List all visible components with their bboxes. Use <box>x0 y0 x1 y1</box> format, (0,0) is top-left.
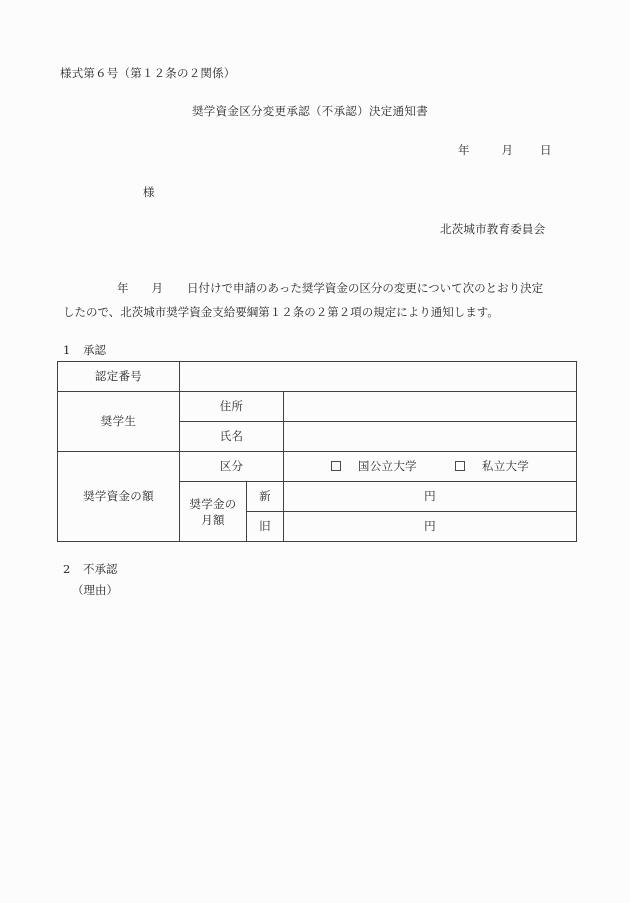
category-option-private: 私立大学 <box>455 459 529 473</box>
body-line-1: 年月日付けで申請のあった奨学資金の区分の変更について次のとおり決定 <box>63 277 571 301</box>
section-2-heading: 2不承認 <box>63 562 118 577</box>
scholar-label: 奨学生 <box>58 392 180 452</box>
monthly-amount-label-line1: 奨学金の <box>189 497 236 511</box>
amount-label: 奨学資金の額 <box>58 452 180 542</box>
old-amount-unit: 円 <box>424 519 436 533</box>
section-1-number: 1 <box>63 343 83 358</box>
body-line-2: したので、北茨城市奨学資金支給要綱第１２条の２第２項の規定により通知します。 <box>63 301 571 325</box>
table-row-category: 奨学資金の額 区分 国公立大学 私立大学 <box>58 452 577 482</box>
form-number: 様式第６号（第１２条の２関係） <box>60 66 236 81</box>
table-row-address: 奨学生 住所 <box>58 392 577 422</box>
certification-number-value-cell <box>180 362 577 392</box>
body-month-label: 月 <box>152 281 164 295</box>
certification-number-label: 認定番号 <box>58 362 180 392</box>
address-label: 住所 <box>180 392 284 422</box>
section-2-number: 2 <box>63 562 83 577</box>
date-day-label: 日 <box>540 143 552 157</box>
date-year-label: 年 <box>458 143 470 157</box>
document-title: 奨学資金区分変更承認（不承認）決定通知書 <box>0 104 620 119</box>
monthly-amount-label-line2: 月額 <box>201 513 225 527</box>
monthly-amount-label: 奨学金の 月額 <box>180 482 247 542</box>
checkbox-national-public-university-icon[interactable] <box>331 461 341 471</box>
old-amount-cell: 円 <box>284 512 577 542</box>
date-line: 年月日 <box>458 143 552 158</box>
category-option-label-private: 私立大学 <box>482 459 529 473</box>
category-label: 区分 <box>180 452 284 482</box>
body-year-label: 年 <box>117 281 129 295</box>
section-1-heading: 1承認 <box>63 343 106 358</box>
name-value-cell <box>284 422 577 452</box>
new-amount-cell: 円 <box>284 482 577 512</box>
body-paragraph: 年月日付けで申請のあった奨学資金の区分の変更について次のとおり決定 したので、北… <box>63 277 571 324</box>
section-1-title: 承認 <box>83 343 106 357</box>
document-page: 様式第６号（第１２条の２関係） 奨学資金区分変更承認（不承認）決定通知書 年月日… <box>0 0 630 903</box>
issuer-name: 北茨城市教育委員会 <box>440 222 545 237</box>
table-row-certification-number: 認定番号 <box>58 362 577 392</box>
approval-table: 認定番号 奨学生 住所 氏名 奨学資金の額 区分 国公立大学 私立大学 <box>57 361 577 542</box>
section-2-title: 不承認 <box>83 562 118 576</box>
date-month-label: 月 <box>502 143 514 157</box>
new-amount-unit: 円 <box>424 489 436 503</box>
category-option-label-national-public: 国公立大学 <box>358 459 417 473</box>
old-label: 旧 <box>247 512 284 542</box>
name-label: 氏名 <box>180 422 284 452</box>
new-label: 新 <box>247 482 284 512</box>
addressee-honorific: 様 <box>143 185 155 200</box>
category-options-cell: 国公立大学 私立大学 <box>284 452 577 482</box>
category-option-national-public: 国公立大学 <box>331 459 417 473</box>
checkbox-private-university-icon[interactable] <box>455 461 465 471</box>
body-line-1-text: 日付けで申請のあった奨学資金の区分の変更について次のとおり決定 <box>187 281 543 295</box>
address-value-cell <box>284 392 577 422</box>
reason-label: （理由） <box>72 583 118 598</box>
